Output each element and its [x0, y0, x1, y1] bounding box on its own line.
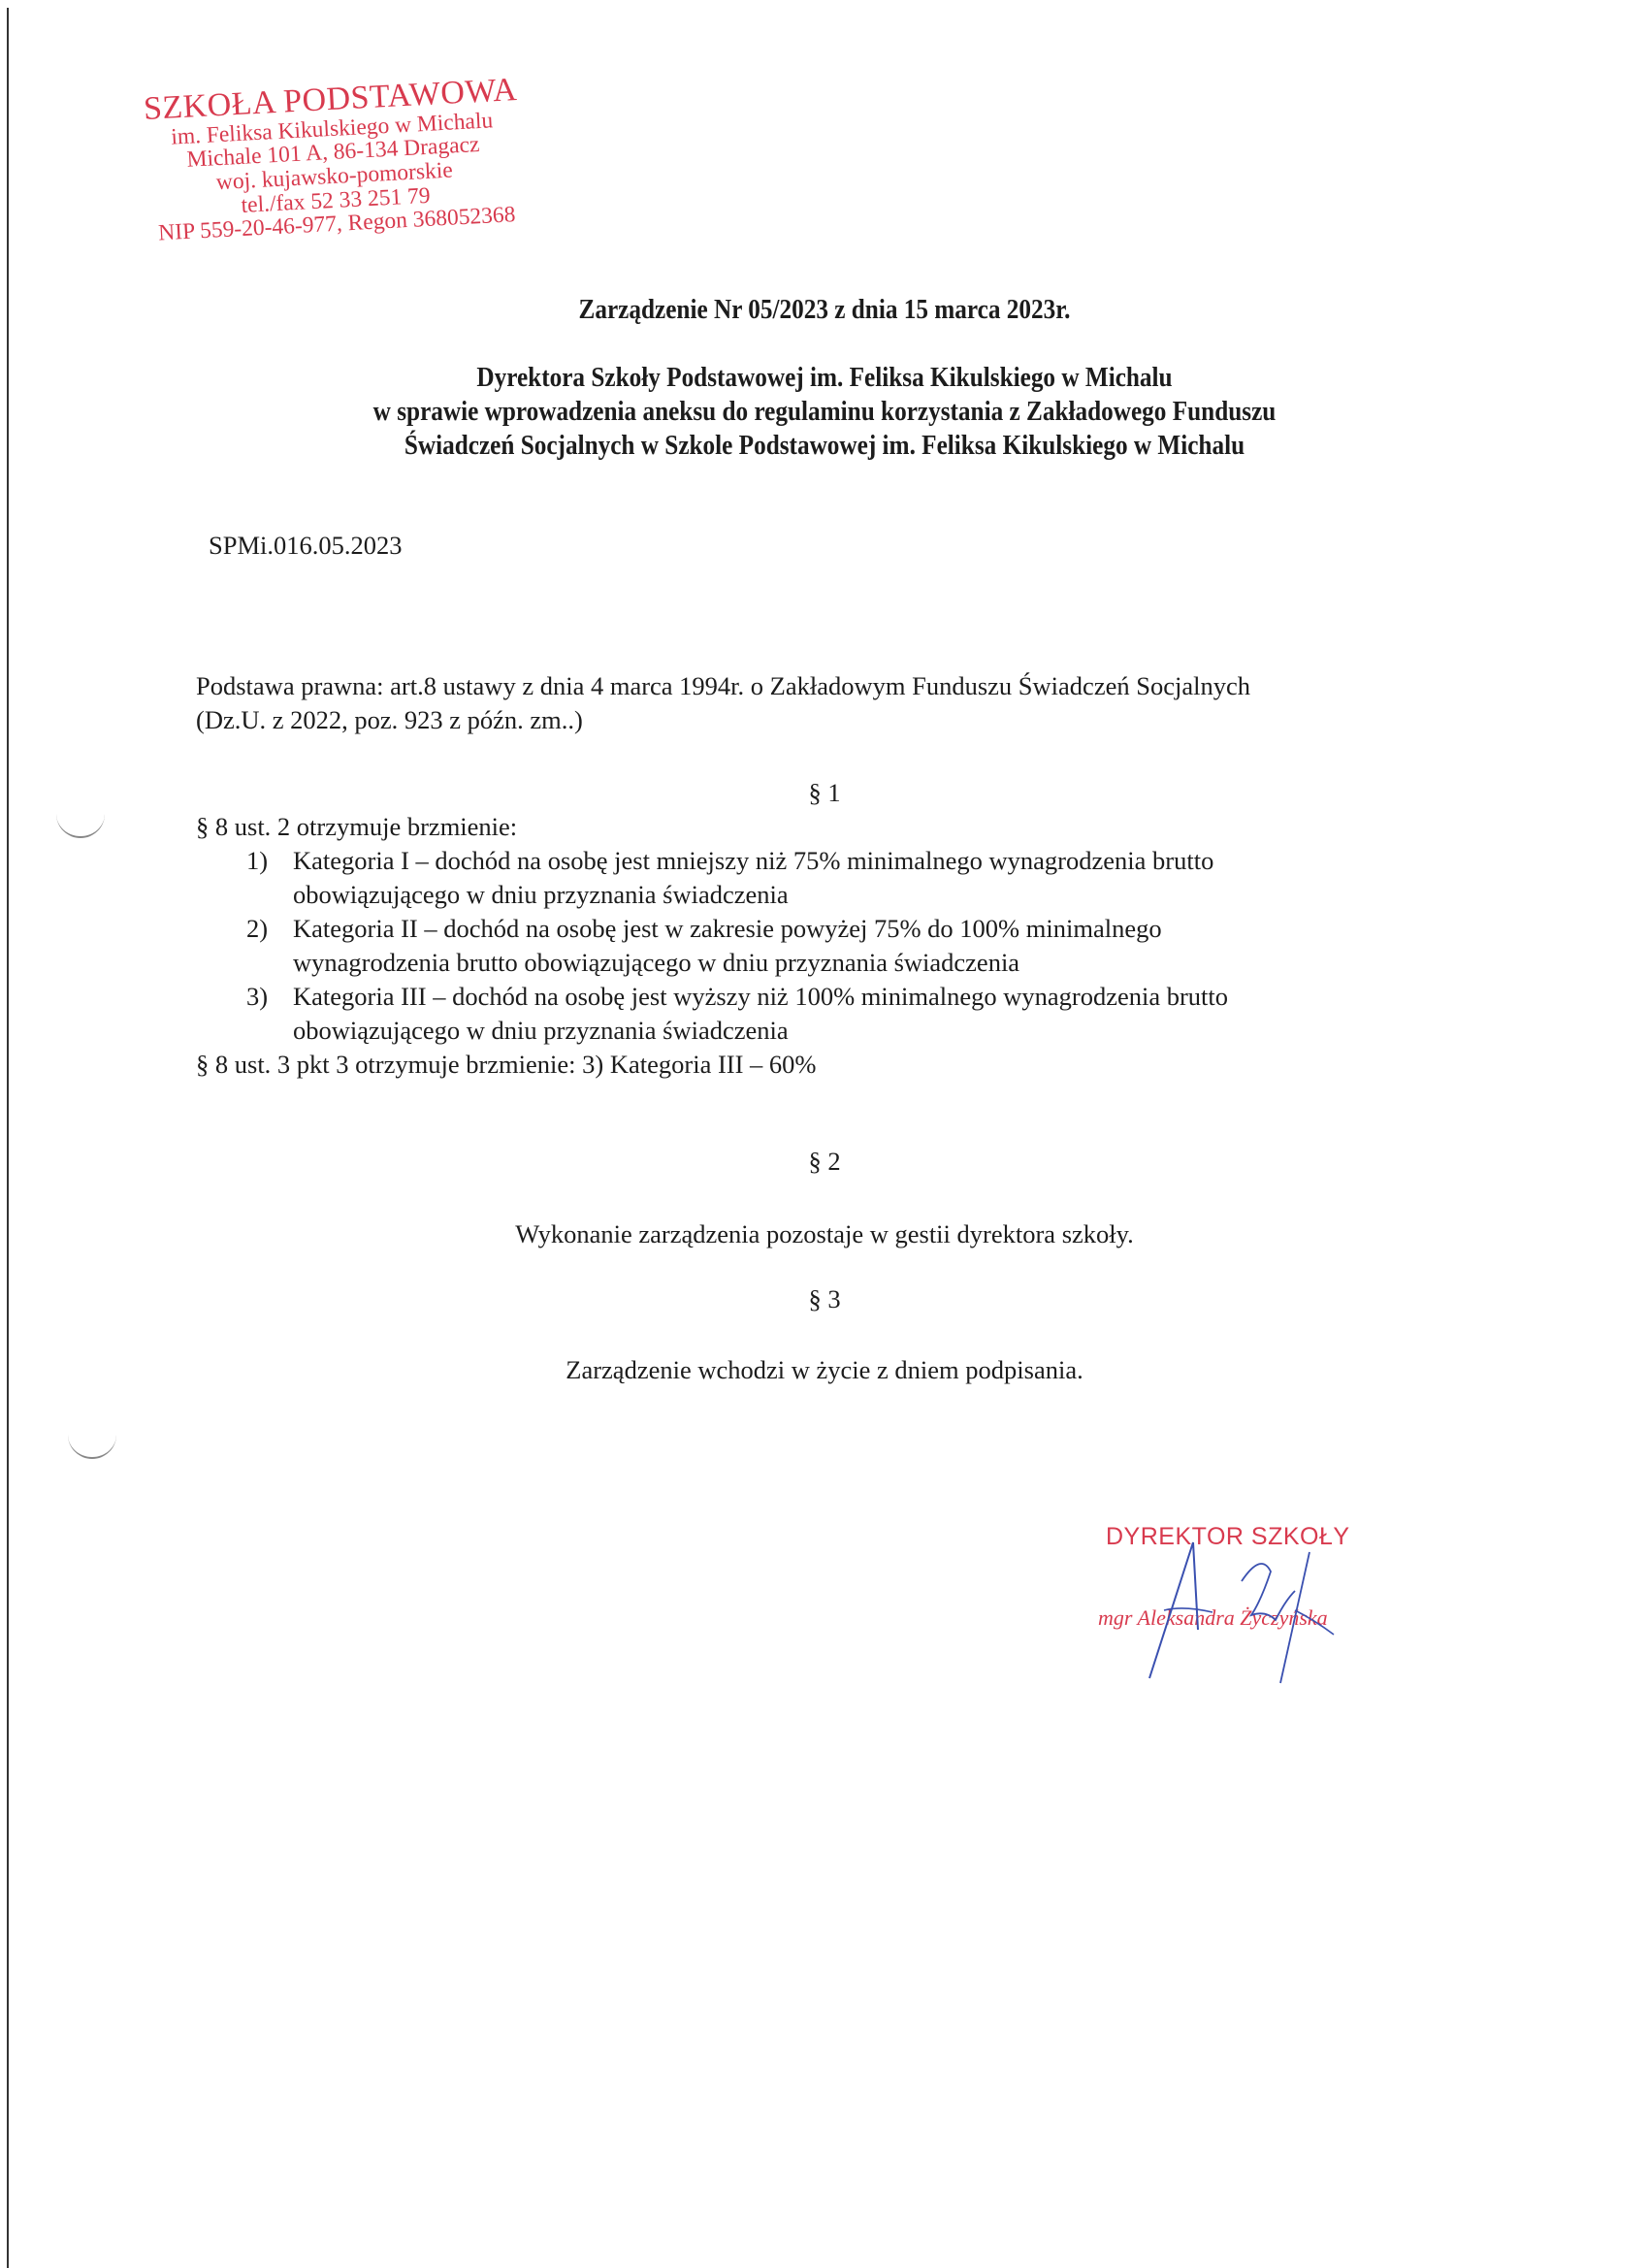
list-item-line: Kategoria III – dochód na osobę jest wyż… [293, 980, 1228, 1014]
subtitle-line: Dyrektora Szkoły Podstawowej im. Feliksa… [108, 361, 1542, 395]
legal-basis: Podstawa prawna: art.8 ustawy z dnia 4 m… [196, 669, 1250, 737]
list-item-line: Kategoria I – dochód na osobę jest mniej… [293, 844, 1228, 878]
list-item-line: obowiązującego w dniu przyznania świadcz… [293, 1014, 1228, 1048]
list-item-number: 2) [246, 912, 268, 946]
section-1-heading: § 1 [0, 776, 1649, 810]
section-2-heading: § 2 [0, 1145, 1649, 1179]
reference-number: SPMi.016.05.2023 [209, 529, 403, 563]
list-item: 3) Kategoria III – dochód na osobę jest … [196, 980, 1228, 1048]
section-3-heading: § 3 [0, 1282, 1649, 1316]
section-1-content: § 8 ust. 2 otrzymuje brzmienie: 1) Kateg… [196, 810, 1228, 1082]
legal-basis-line: (Dz.U. z 2022, poz. 923 z późn. zm..) [196, 703, 1250, 737]
list-item: 2) Kategoria II – dochód na osobę jest w… [196, 912, 1228, 980]
subtitle-line: Świadczeń Socjalnych w Szkole Podstawowe… [108, 429, 1542, 463]
subtitle-line: w sprawie wprowadzenia aneksu do regulam… [108, 395, 1542, 429]
section-1-intro: § 8 ust. 2 otrzymuje brzmienie: [196, 810, 1228, 844]
list-item-line: wynagrodzenia brutto obowiązującego w dn… [293, 946, 1228, 980]
document-title: Zarządzenie Nr 05/2023 z dnia 15 marca 2… [108, 294, 1542, 326]
list-item-line: obowiązującego w dniu przyznania świadcz… [293, 878, 1228, 912]
punch-hole-mark [56, 813, 105, 838]
section-2-text: Wykonanie zarządzenia pozostaje w gestii… [0, 1217, 1649, 1251]
handwritten-signature-icon [1106, 1523, 1397, 1698]
legal-basis-line: Podstawa prawna: art.8 ustawy z dnia 4 m… [196, 669, 1250, 703]
scan-edge-line [7, 8, 9, 2268]
punch-hole-mark [68, 1434, 116, 1459]
school-stamp: SZKOŁA PODSTAWOWA im. Feliksa Kikulskieg… [126, 72, 541, 247]
list-item: 1) Kategoria I – dochód na osobę jest mn… [196, 844, 1228, 912]
list-item-line: Kategoria II – dochód na osobę jest w za… [293, 912, 1228, 946]
section-3-text: Zarządzenie wchodzi w życie z dniem podp… [0, 1353, 1649, 1387]
section-1-outro: § 8 ust. 3 pkt 3 otrzymuje brzmienie: 3)… [196, 1048, 1228, 1082]
list-item-number: 3) [246, 980, 268, 1014]
document-subtitle: Dyrektora Szkoły Podstawowej im. Feliksa… [108, 361, 1542, 463]
signature-block: DYREKTOR SZKOŁY mgr Aleksandra Życzyńska [1106, 1523, 1397, 1698]
list-item-number: 1) [246, 844, 268, 878]
